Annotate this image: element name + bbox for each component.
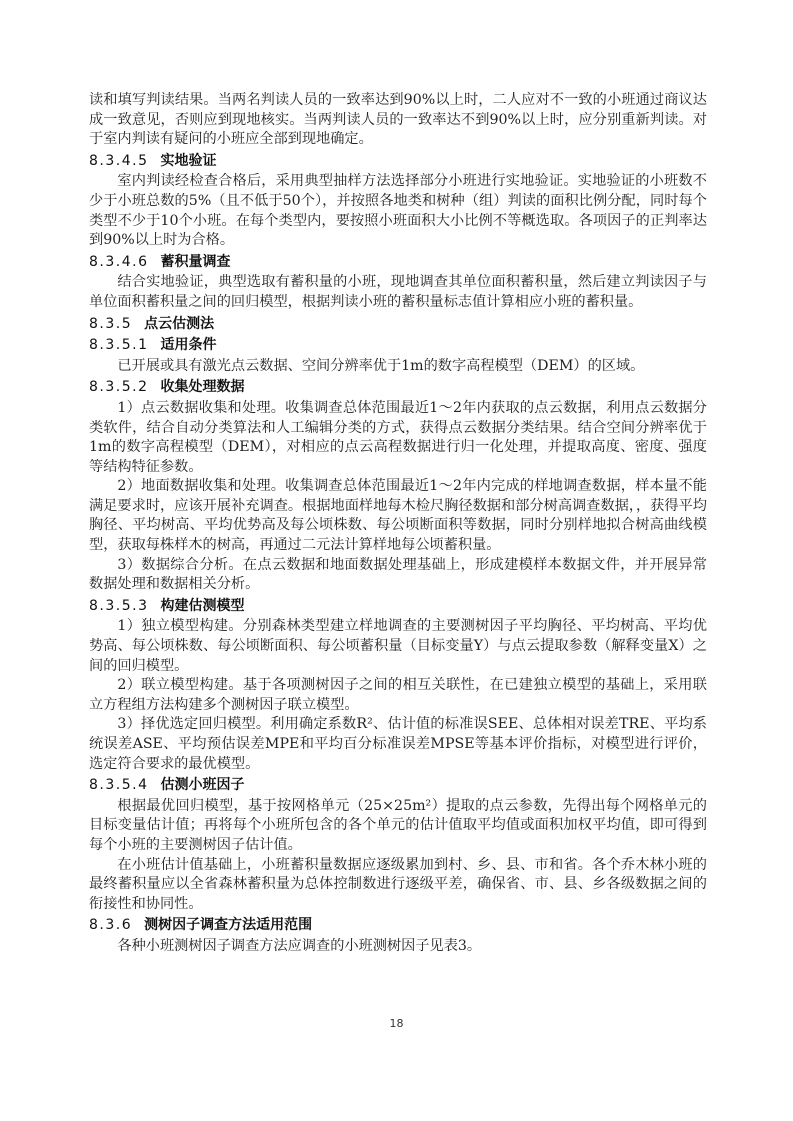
section-heading-8-3-5: 8.3.5点云估测法 [89,315,707,335]
heading-title: 构建估测模型 [160,598,244,614]
paragraph: 室内判读经检查合格后，采用典型抽样方法选择部分小班进行实地验证。实地验证的小班数… [89,172,707,250]
paragraph: 2）联立模型构建。基于各项测树因子之间的相互关联性，在已建独立模型的基础上，采用… [89,676,707,715]
document-body: 读和填写判读结果。当两名判读人员的一致率达到90%以上时，二人应对不一致的小班通… [89,91,707,957]
paragraph: 3）数据综合分析。在点云数据和地面数据处理基础上，形成建模样本数据文件，并开展异… [89,556,707,595]
heading-number: 8.3.5.4 [89,777,148,793]
paragraph: 已开展或具有激光点云数据、空间分辨率优于1m的数字高程模型（DEM）的区域。 [89,357,707,377]
heading-number: 8.3.5.1 [89,337,148,353]
heading-number: 8.3.4.5 [89,153,148,169]
section-heading-8-3-6: 8.3.6测树因子调查方法适用范围 [89,916,707,936]
paragraph: 3）择优选定回归模型。利用确定系数R²、估计值的标准误SEE、总体相对误差TRE… [89,715,707,774]
heading-title: 测树因子调查方法适用范围 [144,917,312,933]
section-heading-8-3-5-2: 8.3.5.2收集处理数据 [89,378,707,398]
heading-number: 8.3.6 [89,917,132,933]
paragraph: 在小班估计值基础上，小班蓄积量数据应逐级累加到村、乡、县、市和省。各个乔木林小班… [89,856,707,915]
section-heading-8-3-5-3: 8.3.5.3构建估测模型 [89,597,707,617]
heading-title: 适用条件 [160,337,216,353]
heading-number: 8.3.5.3 [89,598,148,614]
page-number: 18 [0,1017,793,1030]
heading-title: 估测小班因子 [160,777,244,793]
paragraph: 根据最优回归模型，基于按网格单元（25×25m²）提取的点云参数，先得出每个网格… [89,797,707,856]
section-heading-8-3-5-1: 8.3.5.1适用条件 [89,336,707,356]
heading-title: 蓄积量调查 [160,254,230,270]
paragraph: 读和填写判读结果。当两名判读人员的一致率达到90%以上时，二人应对不一致的小班通… [89,91,707,150]
section-heading-8-3-4-5: 8.3.4.5实地验证 [89,152,707,172]
heading-title: 收集处理数据 [160,379,244,395]
heading-number: 8.3.5 [89,316,132,332]
heading-number: 8.3.5.2 [89,379,148,395]
heading-number: 8.3.4.6 [89,254,148,270]
paragraph: 各种小班测树因子调查方法应调查的小班测树因子见表3。 [89,937,707,957]
section-heading-8-3-5-4: 8.3.5.4估测小班因子 [89,776,707,796]
paragraph: 1）独立模型构建。分别森林类型建立样地调查的主要测树因子平均胸径、平均树高、平均… [89,617,707,676]
heading-title: 点云估测法 [144,316,214,332]
heading-title: 实地验证 [160,153,216,169]
section-heading-8-3-4-6: 8.3.4.6蓄积量调查 [89,253,707,273]
paragraph: 2）地面数据收集和处理。收集调查总体范围最近1～2年内完成的样地调查数据，样本量… [89,477,707,555]
paragraph: 结合实地验证，典型选取有蓄积量的小班，现地调查其单位面积蓄积量，然后建立判读因子… [89,273,707,312]
paragraph: 1）点云数据收集和处理。收集调查总体范围最近1～2年内获取的点云数据，利用点云数… [89,399,707,477]
